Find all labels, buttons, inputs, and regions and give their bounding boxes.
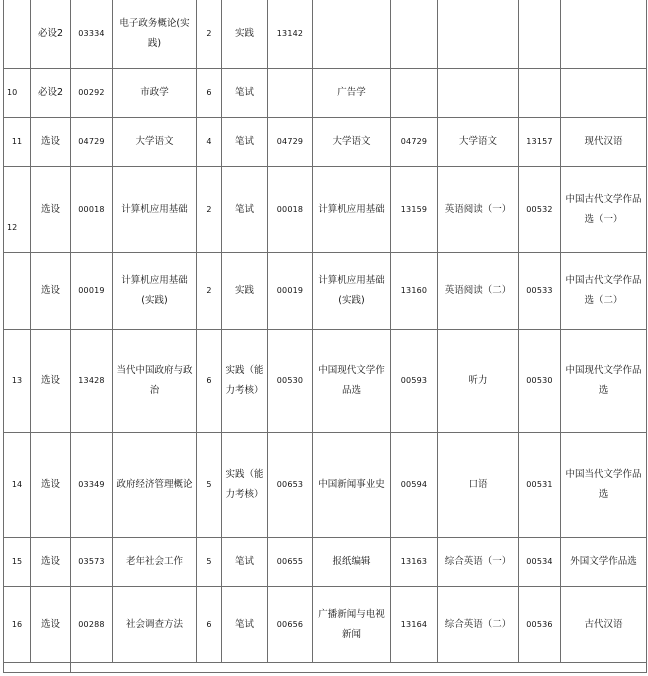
course-type: 选设 — [31, 538, 71, 587]
exam-type: 笔试 — [222, 69, 268, 118]
substitute-2-name: 口语 — [438, 433, 519, 538]
course-type: 必设2 — [31, 69, 71, 118]
table-row: 16 选设 00288 社会调查方法 6 笔试 00656 广播新闻与电视新闻 … — [4, 587, 647, 663]
substitute-2-code: 13163 — [391, 538, 438, 587]
exam-type: 实践 — [222, 253, 268, 330]
course-type: 必设2 — [31, 0, 71, 69]
row-index: 14 — [4, 433, 31, 538]
course-credits: 2 — [197, 0, 222, 69]
course-code: 03573 — [71, 538, 113, 587]
exam-type: 笔试 — [222, 118, 268, 167]
table-row: 14 选设 03349 政府经济管理概论 5 实践（能力考核） 00653 中国… — [4, 433, 647, 538]
row-index: 16 — [4, 587, 31, 663]
row-index — [4, 253, 31, 330]
substitute-1-name: 报纸编辑 — [313, 538, 391, 587]
partial-merged-cell — [71, 663, 647, 673]
course-code: 03349 — [71, 433, 113, 538]
course-name: 电子政务概论(实践) — [113, 0, 197, 69]
table-row: 13 选设 13428 当代中国政府与政治 6 实践（能力考核） 00530 中… — [4, 330, 647, 433]
substitute-2-code: 00594 — [391, 433, 438, 538]
course-code: 00288 — [71, 587, 113, 663]
substitute-1-code: 00655 — [268, 538, 313, 587]
course-code: 00019 — [71, 253, 113, 330]
course-credits: 6 — [197, 587, 222, 663]
substitute-1-name: 计算机应用基础(实践) — [313, 253, 391, 330]
exam-type: 笔试 — [222, 587, 268, 663]
substitute-2-code: 04729 — [391, 118, 438, 167]
course-credits: 6 — [197, 330, 222, 433]
row-index: 13 — [4, 330, 31, 433]
exam-type: 笔试 — [222, 167, 268, 253]
substitute-3-name: 古代汉语 — [561, 587, 647, 663]
substitute-2-name: 听力 — [438, 330, 519, 433]
partial-cell — [4, 663, 71, 673]
row-index — [4, 0, 31, 69]
substitute-3-name: 外国文学作品选 — [561, 538, 647, 587]
substitute-2-code: 13159 — [391, 167, 438, 253]
exam-type: 实践（能力考核） — [222, 330, 268, 433]
table-row-partial — [4, 663, 647, 673]
table-row: 12 选设 00018 计算机应用基础 2 笔试 00018 计算机应用基础 1… — [4, 167, 647, 253]
substitute-1-code: 00019 — [268, 253, 313, 330]
substitute-2-code — [391, 0, 438, 69]
course-name: 当代中国政府与政治 — [113, 330, 197, 433]
course-credits: 2 — [197, 167, 222, 253]
substitute-3-name: 中国当代文学作品选 — [561, 433, 647, 538]
course-credits: 5 — [197, 433, 222, 538]
course-name: 政府经济管理概论 — [113, 433, 197, 538]
substitute-3-name — [561, 69, 647, 118]
course-code: 04729 — [71, 118, 113, 167]
exam-type: 实践（能力考核） — [222, 433, 268, 538]
table-row: 11 选设 04729 大学语文 4 笔试 04729 大学语文 04729 大… — [4, 118, 647, 167]
course-credits: 2 — [197, 253, 222, 330]
substitute-3-code — [519, 0, 561, 69]
substitute-1-name: 计算机应用基础 — [313, 167, 391, 253]
course-type: 选设 — [31, 433, 71, 538]
substitute-1-code: 04729 — [268, 118, 313, 167]
course-type: 选设 — [31, 330, 71, 433]
course-type: 选设 — [31, 587, 71, 663]
substitute-3-code: 13157 — [519, 118, 561, 167]
substitute-1-code: 00653 — [268, 433, 313, 538]
course-type: 选设 — [31, 167, 71, 253]
substitute-1-code: 00656 — [268, 587, 313, 663]
course-code: 00292 — [71, 69, 113, 118]
table-row: 10 必设2 00292 市政学 6 笔试 广告学 — [4, 69, 647, 118]
substitute-1-code — [268, 69, 313, 118]
substitute-3-code: 00536 — [519, 587, 561, 663]
course-type: 选设 — [31, 118, 71, 167]
substitute-2-code: 00593 — [391, 330, 438, 433]
substitute-1-name: 中国现代文学作品选 — [313, 330, 391, 433]
exam-type: 笔试 — [222, 538, 268, 587]
table-row: 必设2 03334 电子政务概论(实践) 2 实践 13142 — [4, 0, 647, 69]
course-code: 13428 — [71, 330, 113, 433]
course-name: 市政学 — [113, 69, 197, 118]
course-name: 社会调查方法 — [113, 587, 197, 663]
course-table-container: 必设2 03334 电子政务概论(实践) 2 实践 13142 10 必设2 0… — [3, 0, 647, 673]
substitute-3-name — [561, 0, 647, 69]
substitute-2-code: 13164 — [391, 587, 438, 663]
substitute-3-code: 00531 — [519, 433, 561, 538]
course-name: 大学语文 — [113, 118, 197, 167]
substitute-3-name: 中国现代文学作品选 — [561, 330, 647, 433]
course-table: 必设2 03334 电子政务概论(实践) 2 实践 13142 10 必设2 0… — [3, 0, 647, 673]
substitute-1-code: 13142 — [268, 0, 313, 69]
substitute-2-name — [438, 0, 519, 69]
course-credits: 6 — [197, 69, 222, 118]
substitute-2-code — [391, 69, 438, 118]
substitute-3-code: 00534 — [519, 538, 561, 587]
course-credits: 4 — [197, 118, 222, 167]
row-index: 15 — [4, 538, 31, 587]
substitute-2-name: 英语阅读（一） — [438, 167, 519, 253]
substitute-1-code: 00530 — [268, 330, 313, 433]
substitute-1-name: 中国新闻事业史 — [313, 433, 391, 538]
table-row: 15 选设 03573 老年社会工作 5 笔试 00655 报纸编辑 13163… — [4, 538, 647, 587]
substitute-1-name: 广告学 — [313, 69, 391, 118]
substitute-3-name: 现代汉语 — [561, 118, 647, 167]
table-row: 选设 00019 计算机应用基础(实践) 2 实践 00019 计算机应用基础(… — [4, 253, 647, 330]
substitute-3-code: 00533 — [519, 253, 561, 330]
substitute-1-name: 大学语文 — [313, 118, 391, 167]
substitute-1-code: 00018 — [268, 167, 313, 253]
substitute-1-name: 广播新闻与电视新闻 — [313, 587, 391, 663]
exam-type: 实践 — [222, 0, 268, 69]
course-code: 03334 — [71, 0, 113, 69]
substitute-2-name: 综合英语（一） — [438, 538, 519, 587]
row-index: 12 — [4, 167, 31, 253]
substitute-2-name: 综合英语（二） — [438, 587, 519, 663]
substitute-1-name — [313, 0, 391, 69]
substitute-3-code: 00532 — [519, 167, 561, 253]
substitute-3-code: 00530 — [519, 330, 561, 433]
substitute-2-name — [438, 69, 519, 118]
row-index: 11 — [4, 118, 31, 167]
course-name: 老年社会工作 — [113, 538, 197, 587]
row-index: 10 — [4, 69, 31, 118]
course-name: 计算机应用基础(实践) — [113, 253, 197, 330]
substitute-2-name: 英语阅读（二） — [438, 253, 519, 330]
substitute-3-name: 中国古代文学作品选（二） — [561, 253, 647, 330]
substitute-3-name: 中国古代文学作品选（一） — [561, 167, 647, 253]
substitute-2-code: 13160 — [391, 253, 438, 330]
substitute-3-code — [519, 69, 561, 118]
course-type: 选设 — [31, 253, 71, 330]
substitute-2-name: 大学语文 — [438, 118, 519, 167]
course-name: 计算机应用基础 — [113, 167, 197, 253]
course-code: 00018 — [71, 167, 113, 253]
course-credits: 5 — [197, 538, 222, 587]
